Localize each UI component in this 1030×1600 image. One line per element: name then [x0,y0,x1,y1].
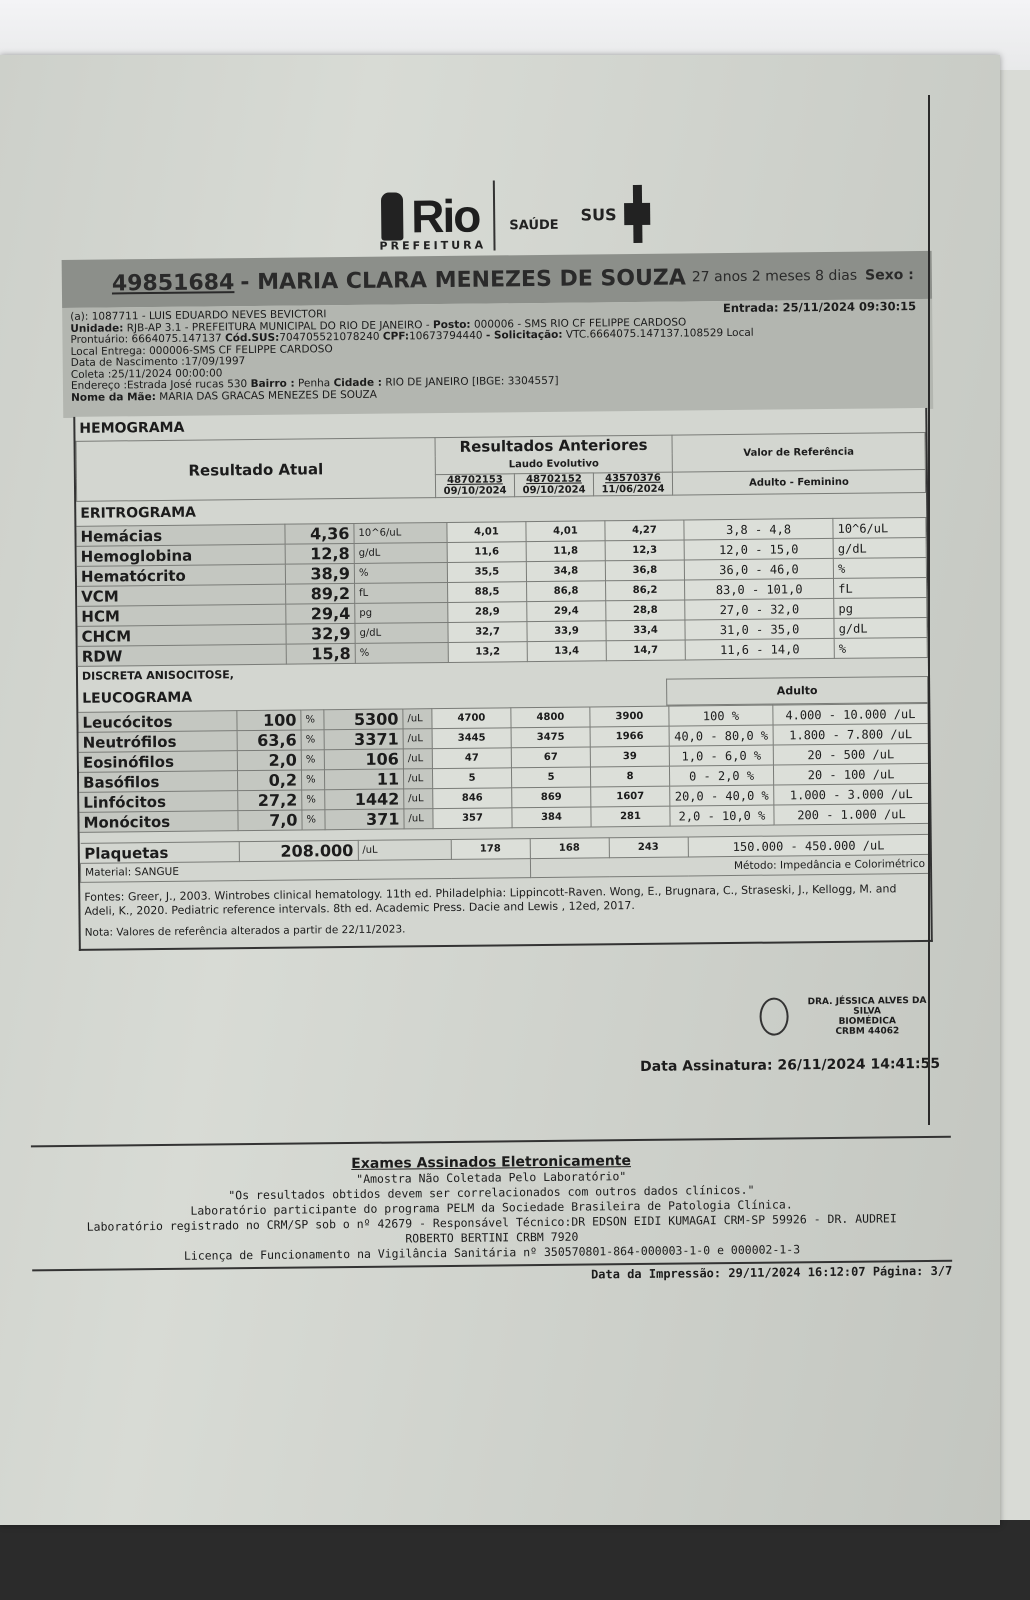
previous-value: 5 [432,768,511,789]
previous-date: 09/10/2024 [519,484,589,496]
previous-value: 4800 [511,707,590,728]
previous-value: 13,4 [527,641,606,662]
results-header-table: Resultado Atual Resultados Anteriores Va… [76,432,927,502]
parameter-unit: g/dL [354,542,447,563]
previous-value: 36,8 [605,560,684,581]
table-surface [0,1520,1030,1600]
logo-sus: SUS [580,205,616,224]
previous-code: 43570376 [598,473,668,485]
parameter-name: VCM [77,584,286,606]
previous-value: 14,7 [606,640,685,661]
parameter-unit: pg [355,602,448,623]
signature-date: Data Assinatura: 26/11/2024 14:41:55 [640,1056,940,1075]
previous-result-2: 4870215209/10/2024 [514,473,593,497]
parameter-name: CHCM [77,624,286,646]
previous-value: 29,4 [527,601,606,622]
previous-value: 28,9 [448,602,527,623]
previous-value: 357 [433,808,512,829]
reference-header: Valor de Referência [672,432,925,472]
eritrograma-table: Hemácias4,3610^6/uL4,014,014,273,8 - 4,8… [76,517,927,667]
parameter-name: Neutrófilos [79,731,238,753]
reference-group: Adulto - Feminino [672,469,925,495]
previous-value: 1966 [590,726,669,747]
patient-age: 27 anos 2 meses 8 dias [692,268,857,286]
percent-unit: % [301,770,324,790]
parameter-name: Eosinófilos [79,751,238,773]
percent-value: 7,0 [238,810,302,831]
percent-value: 100 [237,710,301,731]
reference-unit: fL [834,577,927,598]
signature-mark-icon [759,997,789,1035]
previous-value: 88,5 [448,582,527,603]
sus-cross-icon [624,185,651,243]
percent-unit: % [301,750,324,770]
reference-unit: g/dL [833,537,926,558]
previous-value: 8 [590,766,669,787]
parameter-name: Leucócitos [78,711,237,733]
absolute-unit: /uL [403,769,432,789]
reference-absolute: 1.000 - 3.000 /uL [774,783,929,805]
previous-value: 281 [591,806,670,827]
previous-value: 11,6 [447,542,526,563]
reference-percent: 40,0 - 80,0 % [669,725,773,746]
previous-value: 12,3 [605,540,684,561]
previous-value: 5 [511,767,590,788]
platelets-reference: 150.000 - 450.000 /uL [688,834,930,857]
platelets-value: 208.000 [239,840,358,861]
reference-unit: 10^6/uL [833,517,926,538]
patient-id: 49851684 [112,270,235,296]
current-result-header: Resultado Atual [76,438,436,502]
absolute-value: 1442 [325,789,404,810]
parameter-name: Hematócrito [77,564,286,586]
percent-unit: % [302,790,325,810]
reference-range: 83,0 - 101,0 [685,578,834,600]
previous-results-sub: Laudo Evolutivo [435,454,672,475]
absolute-unit: /uL [403,749,432,769]
percent-value: 63,6 [237,730,301,751]
parameter-value: 89,2 [286,583,355,604]
patient-sex-label: Sexo : [865,267,914,284]
page-frame [928,95,930,1125]
parameter-unit: fL [355,582,448,603]
platelets-label: Plaquetas [80,842,239,864]
previous-value: 4,27 [605,520,684,541]
entry-date: Entrada: 25/11/2024 09:30:15 [723,301,916,315]
previous-value: 869 [512,787,591,808]
parameter-name: HCM [77,604,286,626]
previous-result-1: 4870215309/10/2024 [435,474,514,498]
platelets-prev-1: 178 [451,839,530,860]
reference-unit: % [833,557,926,578]
reference-range: 11,6 - 14,0 [685,638,834,660]
reference-absolute: 4.000 - 10.000 /uL [773,703,928,725]
signer-name: DRA. JÉSSICA ALVES DA SILVA [795,996,940,1018]
hemogram-results: HEMOGRAMA Resultado Atual Resultados Ant… [73,408,933,951]
absolute-value: 3371 [324,729,403,750]
parameter-value: 29,4 [286,603,355,624]
previous-value: 34,8 [526,561,605,582]
reference-unit: % [834,637,927,658]
parameter-value: 38,9 [285,563,354,584]
previous-value: 1607 [591,786,670,807]
parameter-name: Hemácias [76,524,285,546]
previous-value: 86,2 [606,580,685,601]
previous-value: 11,8 [526,541,605,562]
previous-value: 4700 [432,708,511,729]
absolute-value: 371 [325,809,404,830]
previous-value: 47 [432,748,511,769]
previous-date: 09/10/2024 [440,485,510,497]
parameter-unit: % [355,642,448,663]
previous-value: 846 [433,788,512,809]
parameter-value: 32,9 [286,623,355,644]
signer-crbm: CRBM 44062 [795,1026,940,1038]
previous-result-3: 4357037611/06/2024 [593,472,672,496]
previous-value: 86,8 [527,581,606,602]
platelets-unit: /uL [358,839,451,860]
previous-value: 384 [512,807,591,828]
footer-divider [31,1136,951,1148]
absolute-value: 11 [324,769,403,790]
previous-value: 67 [511,747,590,768]
percent-value: 0,2 [237,770,301,791]
reference-range: 27,0 - 32,0 [685,598,834,620]
absolute-unit: /uL [404,789,433,809]
previous-value: 3900 [590,706,669,727]
reference-percent: 0 - 2,0 % [669,765,773,786]
patient-info: Entrada: 25/11/2024 09:30:15 (a): 108771… [62,299,933,418]
percent-unit: % [302,810,325,830]
reference-absolute: 200 - 1.000 /uL [774,803,929,825]
logo-subtitle: PREFEITURA [379,239,486,253]
percent-unit: % [301,730,324,750]
rio-crest-icon [381,192,404,240]
absolute-unit: /uL [404,809,433,829]
reference-range: 31,0 - 35,0 [685,618,834,640]
reference-percent: 100 % [669,705,773,726]
reference-percent: 2,0 - 10,0 % [670,805,774,826]
reference-absolute: 20 - 500 /uL [773,743,928,765]
percent-value: 27,2 [238,790,302,811]
previous-value: 13,2 [448,642,527,663]
previous-value: 3445 [432,728,511,749]
reference-range: 12,0 - 15,0 [684,538,833,560]
percent-unit: % [301,710,324,730]
previous-value: 3475 [511,727,590,748]
previous-value: 39 [590,746,669,767]
reference-percent: 1,0 - 6,0 % [669,745,773,766]
absolute-unit: /uL [403,729,432,749]
platelets-prev-2: 168 [530,838,609,859]
absolute-unit: /uL [403,709,432,729]
signature-block: DRA. JÉSSICA ALVES DA SILVA BIOMÉDICA CR… [759,996,939,1038]
parameter-unit: g/dL [355,622,448,643]
report-footer: Exames Assinados Eletronicamente "Amostr… [31,1136,952,1288]
percent-value: 2,0 [237,750,301,771]
parameter-value: 12,8 [285,543,354,564]
leucograma-table: Leucócitos100%5300/uL470048003900100 %4.… [78,703,929,833]
logo-divider [493,180,496,250]
leucograma-reference-group: Adulto [667,676,928,705]
previous-date: 11/06/2024 [598,484,668,496]
previous-results-header: Resultados Anteriores [435,435,672,456]
previous-code: 48702152 [519,473,589,485]
previous-value: 32,7 [448,622,527,643]
parameter-unit: % [354,562,447,583]
parameter-name: Linfócitos [79,791,238,813]
reference-percent: 20,0 - 40,0 % [670,785,774,806]
parameter-name: Hemoglobina [77,544,286,566]
reference-range: 36,0 - 46,0 [684,558,833,580]
reference-absolute: 1.800 - 7.800 /uL [773,723,928,745]
absolute-value: 106 [324,749,403,770]
parameter-value: 15,8 [286,643,355,664]
absolute-value: 5300 [324,709,403,730]
parameter-value: 4,36 [285,523,354,544]
previous-value: 33,9 [527,621,606,642]
reference-range: 3,8 - 4,8 [684,518,833,540]
report-content: Rio SAÚDE SUS PREFEITURA 49851684 - MARI… [60,96,930,105]
parameter-name: Monócitos [79,811,238,833]
lab-report-page: Rio SAÚDE SUS PREFEITURA 49851684 - MARI… [0,55,1000,1525]
reference-absolute: 20 - 100 /uL [773,763,928,785]
previous-code: 48702153 [440,474,510,486]
previous-value: 4,01 [447,522,526,543]
parameter-name: Basófilos [79,771,238,793]
parameter-name: RDW [78,644,287,666]
previous-value: 4,01 [526,521,605,542]
parameter-unit: 10^6/uL [354,522,447,543]
reference-unit: pg [834,597,927,618]
logo-brand: Rio [411,189,480,244]
patient-name: - MARIA CLARA MENEZES DE SOUZA [240,265,686,295]
reference-unit: g/dL [834,617,927,638]
previous-value: 28,8 [606,600,685,621]
platelets-prev-3: 243 [609,837,688,858]
previous-value: 35,5 [447,562,526,583]
logo-saude: SAÚDE [509,217,558,233]
previous-value: 33,4 [606,620,685,641]
